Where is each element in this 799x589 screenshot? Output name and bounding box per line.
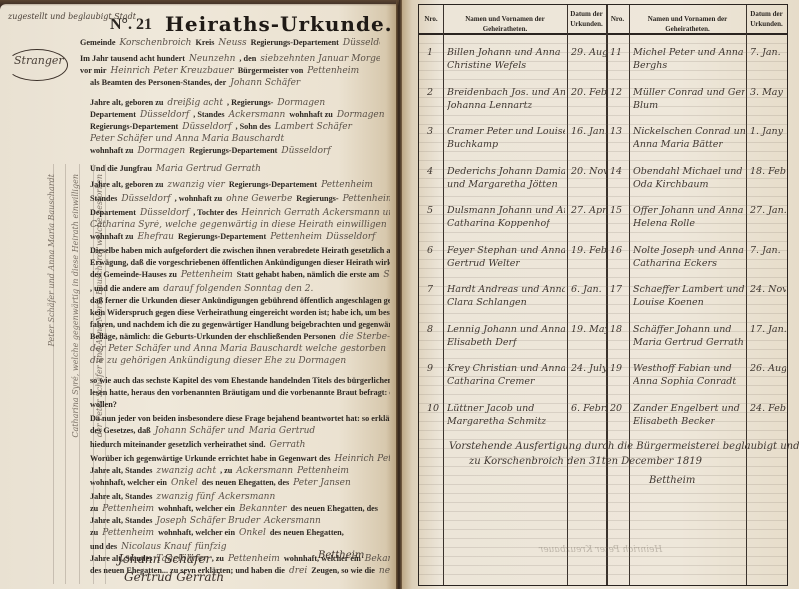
ruled-line xyxy=(419,268,787,269)
certificate-line: daß ferner die Urkunden dieser Ankündigu… xyxy=(90,296,390,305)
ruled-line xyxy=(419,241,787,242)
right-page-index-table: Nro. Namen und Vornamen der Geheirathete… xyxy=(400,0,799,589)
ruled-line xyxy=(419,322,787,323)
couple-name-line2: Louise Koenen xyxy=(633,297,704,308)
handwritten-entry: Neunzehn xyxy=(189,54,235,64)
ruled-line xyxy=(419,223,787,224)
printed-label: Regierungs-Departement xyxy=(251,38,339,47)
handwritten-entry: Pettenheim xyxy=(102,504,154,514)
printed-label: und des xyxy=(90,542,117,551)
certificate-date: 1. Jany xyxy=(750,126,783,137)
handwritten-entry: Nicolaus Knauf xyxy=(121,542,191,552)
ruled-line xyxy=(419,97,787,98)
certificate-line: Catharina Syré, welche gegenwärtig in di… xyxy=(90,220,390,230)
ruled-line xyxy=(419,493,787,494)
handwritten-entry: zwanzig fünf xyxy=(156,492,214,502)
printed-label: Da nun jeder von beiden insbesondere die… xyxy=(90,414,390,423)
couple-name-line1: Cramer Peter und Louise xyxy=(447,126,565,137)
couple-name-line1: Krey Christian und Anna xyxy=(447,363,565,374)
printed-label: , zu xyxy=(220,466,232,475)
certificate-line: DepartementDüsseldorf, StandesAckersmann… xyxy=(90,110,389,120)
printed-label: Regierungs-Departement xyxy=(229,180,317,189)
signature-groom: Johann Schäfer xyxy=(118,552,211,566)
printed-label: des Gesetzes, daß xyxy=(90,426,151,435)
printed-label: , den xyxy=(239,54,256,63)
ruled-line xyxy=(419,277,787,278)
handwritten-entry: ohne Gewerbe xyxy=(226,194,292,204)
handwritten-entry: Pettenheim xyxy=(321,180,373,190)
handwritten-entry: zwanzig vier xyxy=(167,180,224,190)
certificate-date: 18. Febr. xyxy=(750,166,786,177)
certificate-line: lesen hatte, heraus den vorbenannten Brä… xyxy=(90,388,390,397)
certificate-line: Da nun jeder von beiden insbesondere die… xyxy=(90,414,390,423)
printed-label: , zu xyxy=(212,554,224,563)
printed-label: Statt gehabt haben, nämlich die erste am xyxy=(237,270,380,279)
certificate-line: des Gesetzes, daßJohann Schäfer undMaria… xyxy=(90,426,319,436)
signature-official: Bettheim xyxy=(318,550,364,561)
handwritten-entry: Ackersmann xyxy=(219,492,276,502)
printed-label: Regierungs-Departement xyxy=(90,122,178,131)
couple-name-line2: Buchkamp xyxy=(447,139,498,150)
header-date-right: Datum der Urkunden. xyxy=(746,9,787,29)
ruled-line xyxy=(419,502,787,503)
header-names-right: Namen und Vornamen der Geheiratheten. xyxy=(629,14,746,34)
ruled-line xyxy=(419,457,787,458)
handwritten-entry: Düsseldorf xyxy=(182,122,231,132)
handwritten-entry: Maria Gertrud Gerrath xyxy=(156,164,261,174)
certificate-line: vor mirHeinrich Peter KreuzbauerBürgerme… xyxy=(80,66,363,76)
printed-label: Gemeinde xyxy=(80,38,115,47)
ruled-line xyxy=(419,439,787,440)
ruled-line xyxy=(419,556,787,557)
printed-label: Jahre alt, Standes xyxy=(90,466,152,475)
row-number: 8 xyxy=(427,324,433,335)
certificate-line: Peter Schäfer und Anna Maria Bauschardt xyxy=(90,134,288,144)
ruled-line xyxy=(419,358,787,359)
header-names-left: Namen und Vornamen der Geheiratheten. xyxy=(443,14,567,34)
handwritten-entry: Bekannter xyxy=(239,504,287,514)
handwritten-entry: die Sterbe-Urkunde xyxy=(340,332,390,342)
certificate-line: fahren, und nachdem ich die zu gegenwärt… xyxy=(90,320,390,329)
ruled-line xyxy=(419,115,787,116)
certificate-line: Jahre alt, geboren zuzwanzig vierRegieru… xyxy=(90,180,377,190)
ruled-line xyxy=(419,430,787,431)
ruled-line xyxy=(419,394,787,395)
ruled-line xyxy=(419,403,787,404)
handwritten-entry: Dormagen xyxy=(277,98,325,108)
certificate-date: 16. Jan. xyxy=(571,126,607,137)
vertical-note: Catharina Syré, welche gegenwärtig in di… xyxy=(71,174,80,438)
couple-name-line2: Maria Gertrud Gerrath xyxy=(633,337,744,348)
printed-label: zu xyxy=(90,528,98,537)
certificate-line: und desNicolaus Knauffünfzig xyxy=(90,542,230,552)
printed-label: Regierungs- xyxy=(296,194,338,203)
handwritten-entry: Düsseldorf xyxy=(140,110,189,120)
header-nr-right: Nro. xyxy=(606,14,629,24)
printed-label: wohnhaft zu xyxy=(90,146,133,155)
vertical-note: Peter Schäfer und Anna Maria Bauschardt xyxy=(47,174,56,347)
ruled-line xyxy=(419,286,787,287)
printed-label: wollen? xyxy=(90,400,117,409)
certificate-line: Und die JungfrauMaria Gertrud Gerrath xyxy=(90,164,265,174)
handwritten-entry: Heinrich Peter Kreuzbauer xyxy=(110,66,233,76)
ruled-line xyxy=(419,52,787,53)
printed-label: Departement xyxy=(90,110,136,119)
ruled-line xyxy=(419,538,787,539)
ruled-line xyxy=(419,160,787,161)
printed-label: Bürgermeister von xyxy=(238,66,304,75)
certificate-line: des Gemeinde-Hauses zuPettenheimStatt ge… xyxy=(90,270,390,280)
ruled-line xyxy=(419,70,787,71)
handwritten-entry: Heinrich Gerrath Ackersmann und Anna xyxy=(241,208,390,218)
book-gutter xyxy=(396,0,402,589)
ruled-line xyxy=(419,61,787,62)
certificate-line: Regierungs-DepartementDüsseldorf, Sohn d… xyxy=(90,122,356,132)
certificate-line: Belläge, nämlich: die Geburts-Urkunden d… xyxy=(90,332,390,342)
handwritten-entry: Korschenbroich xyxy=(119,38,191,48)
handwritten-entry: Joseph Schäfer Bruder xyxy=(156,516,260,526)
ruled-line xyxy=(419,466,787,467)
header-nr-left: Nro. xyxy=(419,14,443,24)
printed-label: wohnhaft zu xyxy=(90,232,133,241)
page-edge-shadow xyxy=(0,0,399,6)
printed-label: Departement xyxy=(90,208,136,217)
certificate-date: 20. Nov. xyxy=(571,166,607,177)
ruled-line xyxy=(419,331,787,332)
printed-label: , Standes xyxy=(193,110,224,119)
handwritten-entry: Pettenheim xyxy=(270,232,322,242)
printed-label: Belläge, nämlich: die Geburts-Urkunden d… xyxy=(90,332,336,341)
printed-label: Zeugen, so wie die xyxy=(311,566,375,575)
printed-label: vor mir xyxy=(80,66,106,75)
handwritten-entry: die zu gehörigen Ankündigung dieser Ehe … xyxy=(90,356,346,366)
handwritten-entry: Peter Jansen xyxy=(293,478,351,488)
certificate-date: 24. July xyxy=(571,363,607,374)
handwritten-entry: Düsseldorf xyxy=(326,232,375,242)
certificate-line: StandesDüsseldorf, wohnhaft zuohne Gewer… xyxy=(90,194,390,204)
certificate-number: N°. 21 xyxy=(110,16,152,34)
handwritten-entry: Ackersmann xyxy=(229,110,286,120)
printed-label: des neuen Ehegatten, xyxy=(270,528,344,537)
printed-label: Jahre alt, Standes xyxy=(90,516,152,525)
couple-name-line1: Nickelschen Conrad und xyxy=(633,126,745,137)
couple-name-line2: Blum xyxy=(633,100,658,111)
handwritten-entry: zwanzig acht xyxy=(156,466,216,476)
printed-label: , Tochter des xyxy=(193,208,237,217)
certificate-line: als Beamten des Personen-Standes, derJoh… xyxy=(90,78,304,88)
certificate-line: wollen? xyxy=(90,400,121,409)
handwritten-entry: fünfzig xyxy=(195,542,227,552)
printed-label: des neuen Ehegatten, des xyxy=(202,478,289,487)
handwritten-entry: Maria Gertrud xyxy=(249,426,315,436)
ruled-line xyxy=(419,547,787,548)
printed-label: Und die Jungfrau xyxy=(90,164,152,173)
printed-label: wohnhaft, welcher ein xyxy=(90,478,167,487)
handwritten-entry: Johann Schäfer xyxy=(230,78,300,88)
printed-label: zu xyxy=(90,504,98,513)
certificate-line: , und die andere amdarauf folgenden Sonn… xyxy=(90,284,317,294)
certificate-line: die zu gehörigen Ankündigung dieser Ehe … xyxy=(90,356,350,366)
ruled-line xyxy=(419,412,787,413)
row-number: 13 xyxy=(610,126,622,137)
printed-label: daß ferner die Urkunden dieser Ankündigu… xyxy=(90,296,390,305)
handwritten-entry: Dormagen xyxy=(337,110,385,120)
handwritten-entry: Peter Schäfer und Anna Maria Bauschardt xyxy=(90,134,284,144)
handwritten-entry: Ackersmann xyxy=(236,466,293,476)
handwritten-entry: Onkel xyxy=(239,528,266,538)
ruled-line xyxy=(419,367,787,368)
certificate-title: Heiraths-Urkunde. xyxy=(165,12,393,36)
handwritten-entry: Düsseldorf xyxy=(140,208,189,218)
handwritten-entry: Düsseldorf xyxy=(343,38,380,48)
left-page-marriage-certificate: zugestellt und beglaubigt Stadt N°. 21 H… xyxy=(0,4,398,589)
handwritten-entry: Bekannter xyxy=(365,554,390,564)
certificate-line: GemeindeKorschenbroichKreisNeussRegierun… xyxy=(80,38,380,48)
certificate-line: Worüber ich gegenwärtige Urkunde erricht… xyxy=(90,454,390,464)
certificate-line: zuPettenheimwohnhaft, welcher einBekannt… xyxy=(90,504,382,514)
handwritten-entry: Pettenheim xyxy=(228,554,280,564)
row-number: 9 xyxy=(427,363,433,374)
printed-label: Dieselbe haben mich aufgefordert die zwi… xyxy=(90,246,390,255)
ruled-line xyxy=(419,421,787,422)
handwritten-entry: Catharina Syré, welche gegenwärtig in di… xyxy=(90,220,387,230)
printed-label: kein Widerspruch gegen diese Verheirathu… xyxy=(90,308,390,317)
printed-label: , und die andere am xyxy=(90,284,159,293)
printed-label: lesen hatte, heraus den vorbenannten Brä… xyxy=(90,388,390,397)
ruled-line xyxy=(419,169,787,170)
margin-flourish-text: Stranger xyxy=(14,54,64,67)
handwritten-entry: Düsseldorf xyxy=(121,194,170,204)
handwritten-entry: Düsseldorf xyxy=(281,146,330,156)
handwritten-entry: dreißig acht xyxy=(167,98,223,108)
couple-name-line1: Lennig Johann und Anna xyxy=(447,324,565,335)
ruled-line xyxy=(419,205,787,206)
printed-label: hiedurch miteinander gesetzlich verheira… xyxy=(90,440,266,449)
certificate-line: kein Widerspruch gegen diese Verheirathu… xyxy=(90,308,390,317)
certificate-date: 19. May xyxy=(571,324,607,335)
certificate-line: DepartementDüsseldorf, Tochter desHeinri… xyxy=(90,208,390,218)
certificate-line: Jahre alt, StandesJoseph Schäfer BruderA… xyxy=(90,516,325,526)
ruled-line xyxy=(419,43,787,44)
certificate-line: der Peter Schäfer und Anna Maria Bauscha… xyxy=(90,344,390,354)
ruled-line xyxy=(419,142,787,143)
certificate-line: Erwägung, daß die vorgeschriebenen öffen… xyxy=(90,258,390,267)
couple-name-line1: Obendahl Michael und xyxy=(633,166,742,177)
printed-label: Regierungs-Departement xyxy=(178,232,266,241)
ruled-line xyxy=(419,178,787,179)
ruled-line xyxy=(419,349,787,350)
handwritten-entry: Pettenheim xyxy=(297,466,349,476)
handwritten-entry: neuen xyxy=(379,566,390,576)
marriage-index-ledger: Nro. Namen und Vornamen der Geheirathete… xyxy=(418,4,788,586)
handwritten-entry: Pettenheim xyxy=(181,270,233,280)
ruled-line xyxy=(419,124,787,125)
ruled-line xyxy=(419,475,787,476)
printed-label: Jahre alt, geboren zu xyxy=(90,98,163,107)
ruled-line xyxy=(419,196,787,197)
handwritten-entry: Heinrich Peter Kreuzbauer xyxy=(334,454,390,464)
ruled-line xyxy=(419,304,787,305)
ruled-line xyxy=(419,250,787,251)
ruled-line xyxy=(419,295,787,296)
ruled-line xyxy=(419,376,787,377)
printed-label: Jahre alt, geboren zu xyxy=(90,180,163,189)
printed-label: , wohnhaft zu xyxy=(175,194,223,203)
ruled-line xyxy=(419,529,787,530)
ruled-line xyxy=(419,88,787,89)
printed-label: des Gemeinde-Hauses zu xyxy=(90,270,177,279)
certificate-line: hiedurch miteinander gesetzlich verheira… xyxy=(90,440,309,450)
printed-label: Kreis xyxy=(195,38,214,47)
handwritten-entry: Lambert Schäfer xyxy=(275,122,352,132)
certificate-date: 17. Jan. xyxy=(750,324,786,335)
signature-bride: Gertrud Gerrath xyxy=(124,570,224,584)
handwritten-entry: Onkel xyxy=(171,478,198,488)
printed-label: des neuen Ehegatten, des xyxy=(291,504,378,513)
handwritten-entry: siebzehnten Januar Morgens um zehn Uhr xyxy=(260,54,380,64)
handwritten-entry: Sonntag den xyxy=(383,270,390,280)
ruled-line xyxy=(419,133,787,134)
printed-label: wohnhaft zu xyxy=(289,110,332,119)
row-number: 18 xyxy=(610,324,622,335)
printed-label: wohnhaft, welcher ein xyxy=(158,504,235,513)
certificate-line: Im Jahr tausend acht hundertNeunzehn, de… xyxy=(80,54,380,64)
row-number: 3 xyxy=(427,126,433,137)
couple-name-line1: Dederichs Johann Damian xyxy=(447,166,565,177)
ruled-line xyxy=(419,79,787,80)
couple-name-line2: Johanna Lennartz xyxy=(447,100,532,111)
row-number: 14 xyxy=(610,166,622,177)
couple-name-line1: Schäffer Johann und xyxy=(633,324,731,335)
ruled-line xyxy=(419,511,787,512)
certificate-date: 26. Aug. xyxy=(750,363,786,374)
ruled-line xyxy=(419,574,787,575)
ruled-line xyxy=(419,565,787,566)
handwritten-entry: Gerrath xyxy=(270,440,306,450)
printed-label: Standes xyxy=(90,194,117,203)
ruled-line xyxy=(419,385,787,386)
printed-label: fahren, und nachdem ich die zu gegenwärt… xyxy=(90,320,390,329)
printed-label: Im Jahr tausend acht hundert xyxy=(80,54,185,63)
ruled-line xyxy=(419,214,787,215)
ruled-line xyxy=(419,313,787,314)
printed-label: Regierungs-Departement xyxy=(189,146,277,155)
ruled-line xyxy=(419,520,787,521)
ruled-line xyxy=(419,232,787,233)
header-date-left: Datum der Urkunden. xyxy=(567,9,606,29)
row-number: 4 xyxy=(427,166,433,177)
couple-name-line2: Elisabeth Derf xyxy=(447,337,517,348)
printed-label: , Sohn des xyxy=(236,122,271,131)
ruled-line xyxy=(419,259,787,260)
handwritten-entry: Ehefrau xyxy=(137,232,174,242)
ruled-line xyxy=(419,484,787,485)
ruled-line xyxy=(419,151,787,152)
handwritten-entry: Pettenheim xyxy=(307,66,359,76)
handwritten-entry: darauf folgenden Sonntag den 2. xyxy=(163,284,313,294)
handwritten-entry: Ackersmann xyxy=(264,516,321,526)
open-register-book: zugestellt und beglaubigt Stadt N°. 21 H… xyxy=(0,0,799,589)
row-number: 19 xyxy=(610,363,622,374)
printed-label: Erwägung, daß die vorgeschriebenen öffen… xyxy=(90,258,390,267)
certificate-line: zuPettenheimwohnhaft, welcher einOnkelde… xyxy=(90,528,348,538)
ruled-line xyxy=(419,340,787,341)
couple-name-line2: Anna Maria Bätter xyxy=(633,139,723,150)
handwritten-entry: Dormagen xyxy=(137,146,185,156)
certificate-line: so wie auch das sechste Kapitel des vom … xyxy=(90,376,390,385)
certificate-line: Dieselbe haben mich aufgefordert die zwi… xyxy=(90,246,390,255)
certificate-line: wohnhaft, welcher einOnkeldes neuen Eheg… xyxy=(90,478,355,488)
certificate-line: Jahre alt, Standeszwanzig acht, zuAckers… xyxy=(90,466,353,476)
couple-name-line2: Clara Schlangen xyxy=(447,297,527,308)
handwritten-entry: der Peter Schäfer und Anna Maria Bauscha… xyxy=(90,344,386,354)
handwritten-entry: Pettenheim xyxy=(343,194,390,204)
printed-label: , Regierungs- xyxy=(227,98,273,107)
couple-name-line1: Westhoff Fabian und xyxy=(633,363,732,374)
certificate-line: wohnhaft zuEhefrauRegierungs-Departement… xyxy=(90,232,379,242)
certificate-line: Jahre alt, geboren zudreißig acht, Regie… xyxy=(90,98,329,108)
printed-label: Jahre alt, Standes xyxy=(90,492,152,501)
ruled-line xyxy=(419,106,787,107)
printed-label: wohnhaft, welcher ein xyxy=(158,528,235,537)
printed-label: so wie auch das sechste Kapitel des vom … xyxy=(90,376,390,385)
handwritten-entry: Neuss xyxy=(218,38,246,48)
ruled-line xyxy=(419,187,787,188)
handwritten-entry: Pettenheim xyxy=(102,528,154,538)
ruled-line xyxy=(419,448,787,449)
certificate-line: wohnhaft zuDormagenRegierungs-Departemen… xyxy=(90,146,335,156)
printed-label: Worüber ich gegenwärtige Urkunde erricht… xyxy=(90,454,330,463)
printed-label: als Beamten des Personen-Standes, der xyxy=(90,78,226,87)
closing-note-line1: Vorstehende Ausfertigung durch die Bürge… xyxy=(449,441,799,452)
certificate-line: Jahre alt, Standeszwanzig fünfAckersmann xyxy=(90,492,279,502)
handwritten-entry: Johann Schäfer und xyxy=(155,426,245,436)
handwritten-entry: drei xyxy=(289,566,307,576)
